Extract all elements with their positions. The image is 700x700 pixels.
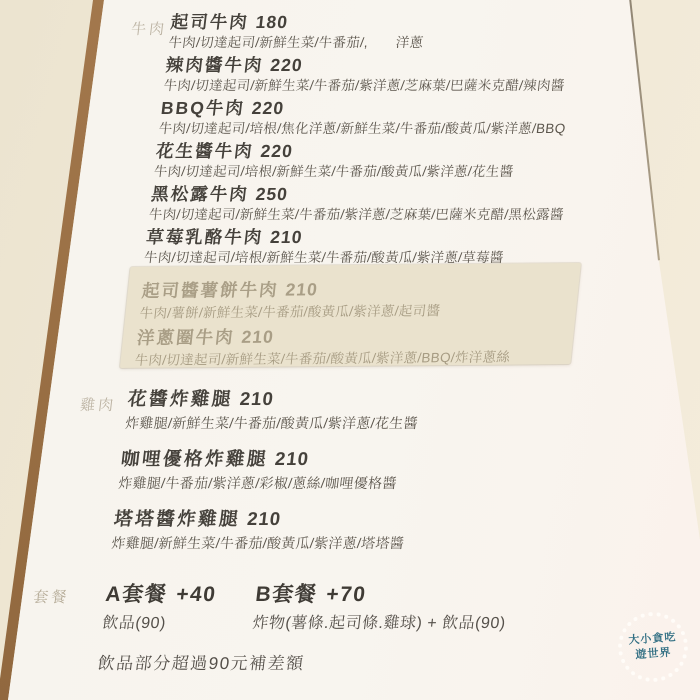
menu-item-price: 210: [269, 227, 303, 247]
menu-item-ingredients: 牛肉/切達起司/新鮮生菜/牛番茄/紫洋蔥/芝麻葉/巴薩米克醋/黑松露醬: [148, 207, 564, 222]
combo-desc: 炸物(薯條.起司條.雞球) + 飲品(90): [251, 614, 507, 634]
menu-item: 塔塔醬炸雞腿210 炸雞腿/新鮮生菜/牛番茄/酸黃瓜/紫洋蔥/塔塔醬: [111, 508, 409, 551]
menu-item-title: BBQ牛肉220: [160, 98, 577, 119]
combo-name: A套餐+40: [104, 582, 257, 608]
menu-item-price: 210: [274, 448, 310, 469]
combo-price: +40: [175, 583, 218, 606]
combo-name: B套餐+70: [254, 582, 510, 608]
menu-item: 黑松露牛肉250 牛肉/切達起司/新鮮生菜/牛番茄/紫洋蔥/芝麻葉/巴薩米克醋/…: [148, 184, 567, 222]
menu-item: 花醬炸雞腿210 炸雞腿/新鮮生菜/牛番茄/酸黃瓜/紫洋蔥/花生醬: [124, 388, 422, 431]
beef-section: 起司牛肉180 牛肉/切達起司/新鮮生菜/牛番茄/, 洋蔥 辣肉醬牛肉220 牛…: [143, 12, 587, 270]
menu-item-price: 180: [255, 12, 289, 32]
menu-item-title: 辣肉醬牛肉220: [165, 55, 582, 76]
menu-item-discontinued: 起司醬薯餅牛肉210 牛肉/薯餅/新鮮生菜/牛番茄/酸黃瓜/紫洋蔥/起司醬: [139, 276, 580, 321]
menu-item-price: 210: [246, 508, 282, 529]
menu-item: 花生醬牛肉220 牛肉/切達起司/培根/新鮮生菜/牛番茄/酸黃瓜/紫洋蔥/花生醬: [153, 141, 572, 179]
menu-item: 咖哩優格炸雞腿210 炸雞腿/牛番茄/紫洋蔥/彩椒/蔥絲/咖哩優格醬: [117, 448, 415, 491]
menu-item-title: 起司牛肉180: [170, 12, 587, 33]
menu-item: 草莓乳酪牛肉210 牛肉/切達起司/培根/新鮮生菜/牛番茄/酸黃瓜/紫洋蔥/草莓…: [143, 227, 562, 265]
menu-item-ingredients: 炸雞腿/新鮮生菜/牛番茄/酸黃瓜/紫洋蔥/塔塔醬: [111, 535, 405, 551]
category-label-beef: 牛肉: [130, 18, 168, 39]
menu-item-price: 220: [260, 141, 294, 161]
menu-photo: 牛肉 雞肉 套餐 起司牛肉180 牛肉/切達起司/新鮮生菜/牛番茄/, 洋蔥 辣…: [0, 0, 700, 700]
menu-item-ingredients: 牛肉/切達起司/新鮮生菜/牛番茄/, 洋蔥: [168, 35, 584, 50]
set-meal-section: A套餐+40 飲品(90) B套餐+70 炸物(薯條.起司條.雞球) + 飲品(…: [97, 582, 511, 674]
menu-item-title: 洋蔥圈牛肉210: [136, 323, 575, 349]
set-note: 飲品部分超過90元補差額: [97, 649, 503, 674]
tape-patch-discontinued-items: 起司醬薯餅牛肉210 牛肉/薯餅/新鮮生菜/牛番茄/酸黃瓜/紫洋蔥/起司醬 洋蔥…: [120, 263, 581, 368]
menu-item-title: 起司醬薯餅牛肉210: [141, 276, 580, 302]
menu-item-title: 咖哩優格炸雞腿210: [120, 448, 415, 470]
menu-item: BBQ牛肉220 牛肉/切達起司/培根/焦化洋蔥/新鮮生菜/牛番茄/酸黃瓜/紫洋…: [158, 98, 577, 136]
menu-item-price: 210: [239, 388, 275, 409]
menu-item-discontinued: 洋蔥圈牛肉210 牛肉/切達起司/新鮮生菜/牛番茄/酸黃瓜/紫洋蔥/BBQ/炸洋…: [134, 323, 575, 368]
menu-item-price: 220: [269, 55, 303, 75]
menu-item: 起司牛肉180 牛肉/切達起司/新鮮生菜/牛番茄/, 洋蔥: [168, 12, 587, 50]
menu-item-ingredients: 牛肉/切達起司/培根/新鮮生菜/牛番茄/酸黃瓜/紫洋蔥/花生醬: [153, 164, 569, 179]
menu-item-ingredients: 牛肉/切達起司/新鮮生菜/牛番茄/紫洋蔥/芝麻葉/巴薩米克醋/辣肉醬: [163, 78, 579, 93]
menu-item-ingredients: 牛肉/切達起司/培根/新鮮生菜/牛番茄/酸黃瓜/紫洋蔥/草莓醬: [143, 250, 559, 265]
watermark-line2: 遊世界: [635, 646, 672, 663]
chicken-section: 花醬炸雞腿210 炸雞腿/新鮮生菜/牛番茄/酸黃瓜/紫洋蔥/花生醬 咖哩優格炸雞…: [109, 388, 422, 568]
menu-item-title: 花生醬牛肉220: [155, 141, 572, 162]
category-label-set: 套餐: [32, 586, 70, 607]
combo-desc: 飲品(90): [101, 614, 253, 634]
menu-item-ingredients: 牛肉/切達起司/培根/焦化洋蔥/新鮮生菜/牛番茄/酸黃瓜/紫洋蔥/BBQ: [158, 121, 574, 136]
menu-item: 辣肉醬牛肉220 牛肉/切達起司/新鮮生菜/牛番茄/紫洋蔥/芝麻葉/巴薩米克醋/…: [163, 55, 582, 93]
menu-item-ingredients: 炸雞腿/新鮮生菜/牛番茄/酸黃瓜/紫洋蔥/花生醬: [124, 415, 418, 431]
menu-item-title: 塔塔醬炸雞腿210: [113, 508, 408, 530]
combo-b: B套餐+70 炸物(薯條.起司條.雞球) + 飲品(90): [251, 582, 510, 634]
combo-price: +70: [325, 583, 368, 606]
menu-item-price: 210: [241, 327, 275, 347]
menu-item-ingredients: 牛肉/薯餅/新鮮生菜/牛番茄/酸黃瓜/紫洋蔥/起司醬: [139, 302, 577, 321]
combo-row: A套餐+40 飲品(90) B套餐+70 炸物(薯條.起司條.雞球) + 飲品(…: [101, 582, 510, 634]
category-label-chicken: 雞肉: [79, 394, 117, 415]
menu-item-price: 210: [285, 279, 319, 299]
menu-item-title: 黑松露牛肉250: [150, 184, 567, 205]
menu-item-title: 草莓乳酪牛肉210: [145, 227, 562, 248]
menu-item-price: 250: [255, 184, 289, 204]
menu-item-price: 220: [251, 98, 285, 118]
menu-item-title: 花醬炸雞腿210: [127, 388, 422, 410]
combo-a: A套餐+40 飲品(90): [101, 582, 257, 634]
menu-item-ingredients: 炸雞腿/牛番茄/紫洋蔥/彩椒/蔥絲/咖哩優格醬: [117, 475, 411, 491]
